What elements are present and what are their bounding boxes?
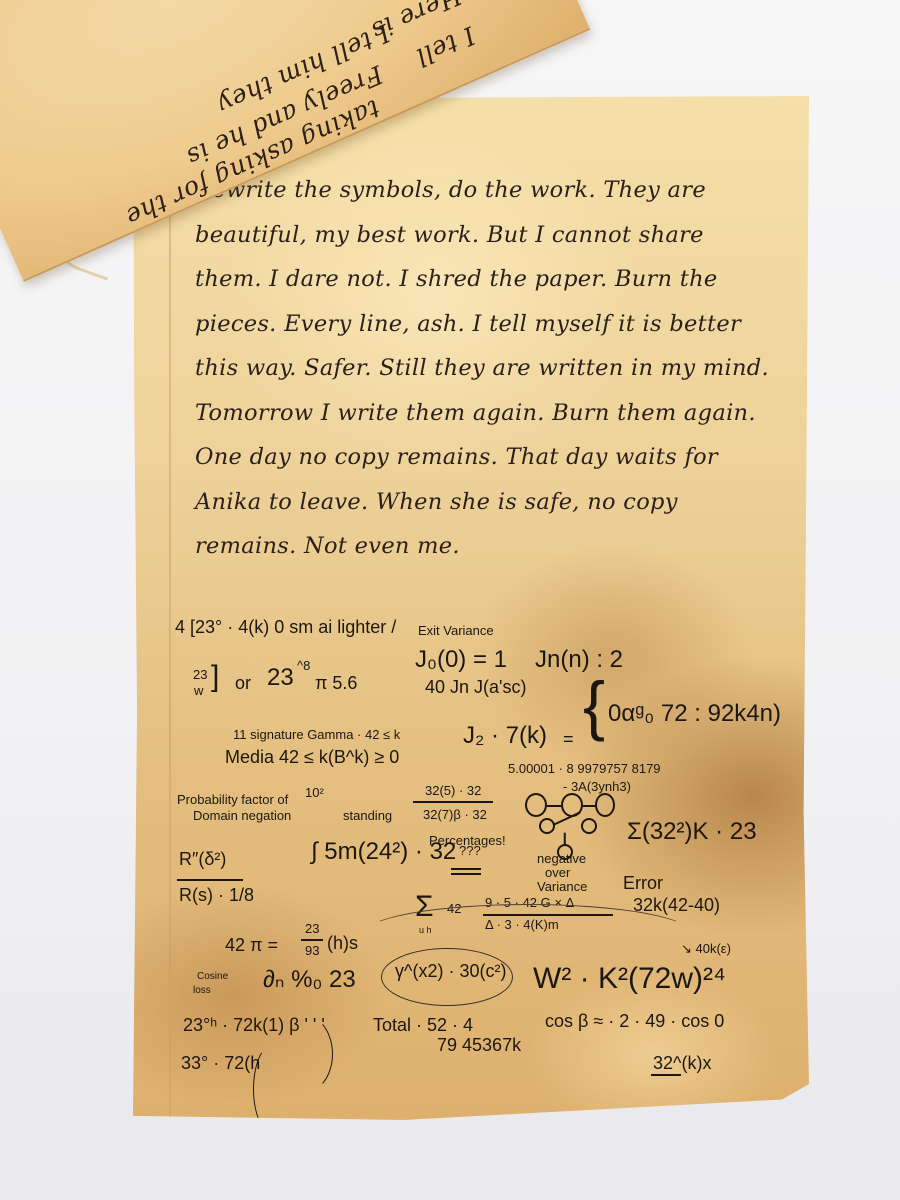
scribble-label: over: [545, 866, 570, 879]
letter-line: beautiful, my best work. But I cannot sh…: [195, 213, 755, 258]
scribble-equation: 11 signature Gamma · 42 ≤ k: [233, 728, 400, 741]
paper-crease: [169, 96, 171, 1120]
scribble-label: standing: [343, 809, 392, 822]
scribble-label: Probability factor of: [177, 793, 288, 806]
scribble-integral: ∫ 5m(24²) · 32: [311, 840, 456, 864]
scribble-fraction-top: 23: [305, 922, 319, 935]
scribble-brace: {: [583, 672, 605, 738]
diagram-node: [595, 793, 615, 817]
scribble-label: 10²: [305, 786, 324, 799]
scribble-fraction-bottom: R(s) · 1/8: [179, 886, 254, 904]
scribble-fraction-bottom: w: [194, 684, 203, 697]
scribble-equation: W² · K²(72w)²⁴: [533, 964, 726, 994]
scribble-tail: π 5.6: [315, 674, 357, 692]
scribble-equation: 32k(42-40): [633, 896, 720, 914]
underline: [451, 873, 481, 875]
diagram-node: [561, 793, 583, 817]
scribble-fraction-bottom: 93: [305, 944, 319, 957]
diagram-node: [581, 818, 597, 834]
scribble-sum: Σ(32²)K · 23: [627, 820, 757, 844]
letter-line: Tomorrow I write them again. Burn them a…: [195, 391, 755, 436]
folded-line: I tell: [411, 21, 479, 73]
scribble-label: negative: [537, 852, 586, 865]
fraction-bar: [177, 879, 243, 881]
diagram-edge: [564, 833, 566, 845]
scribble-or: or: [235, 674, 251, 692]
fraction-bar: [301, 939, 323, 941]
scribble-label: Error: [623, 874, 663, 892]
scribble-expr: 23: [267, 666, 294, 690]
diagram-node: [539, 818, 555, 834]
scribble-circled-equation: γ^(x2) · 30(c²): [395, 962, 506, 980]
scribble-fraction-top: 32(5) · 32: [425, 784, 481, 797]
scribble-equation: cos β ≈ · 2 · 49 · cos 0: [545, 1012, 724, 1030]
letter-line: Rewrite the symbols, do the work. They a…: [195, 168, 755, 213]
scribble-inequality: Media 42 ≤ k(B^k) ≥ 0: [225, 748, 399, 766]
scribble-fraction-bottom: 32(7)β · 32: [423, 808, 487, 821]
scribble-fraction-top: R″(δ²): [179, 850, 226, 868]
letter-line: One day no copy remains. That day waits …: [195, 435, 755, 480]
scribble-superscript: ^8: [297, 659, 310, 672]
underline: [451, 868, 481, 870]
scribble-label: Domain negation: [193, 809, 291, 822]
scribble-bracket: ]: [211, 662, 219, 692]
scribble-label: loss: [193, 986, 211, 996]
scribble-equation: 4 [23° · 4(k) 0 sm ai lighter /: [175, 618, 396, 636]
diagram-node: [525, 793, 547, 817]
scribble-arrow-note: ↘ 40k(ε): [681, 942, 731, 955]
scribble-equation: ∂ₙ %₀ 23: [263, 968, 356, 992]
connector-curve: [253, 1044, 293, 1134]
scribble-label: Exit Variance: [418, 624, 494, 637]
diagram-edge: [583, 805, 595, 807]
scribble-equation: J₀(0) = 1: [415, 648, 507, 672]
letter-line: remains. Not even me.: [195, 524, 755, 569]
letter-line: Anika to leave. When she is safe, no cop…: [195, 480, 755, 525]
scribble-piecewise: 0αᵍ₀ 72 : 92k4n): [608, 702, 781, 726]
diagram-edge: [547, 805, 561, 807]
letter-body: Rewrite the symbols, do the work. They a…: [195, 168, 755, 569]
aged-letter-page: Rewrite the symbols, do the work. They a…: [133, 96, 809, 1120]
scribble-equation: 40 Jn J(a'sc): [425, 678, 526, 696]
scribble-equation: 32^(k)x: [653, 1054, 711, 1072]
scribble-equals: =: [563, 730, 574, 748]
letter-line: them. I dare not. I shred the paper. Bur…: [195, 257, 755, 302]
underline: [651, 1074, 681, 1076]
scribble-label: - 3A(3ynh3): [563, 780, 631, 793]
letter-line: this way. Safer. Still they are written …: [195, 346, 755, 391]
scribble-number: 5.00001 · 8 9979757 8179: [508, 762, 661, 775]
scribble-equation: 33° · 72(h: [181, 1054, 260, 1072]
letter-line: pieces. Every line, ash. I tell myself i…: [195, 302, 755, 347]
scribble-label: Cosine: [197, 972, 228, 982]
scribble-label: Variance: [537, 880, 587, 893]
scribble-equation: (h)s: [327, 934, 358, 952]
scribble-equation: Jn(n) : 2: [535, 648, 623, 672]
scribble-question: ???: [459, 844, 481, 857]
scribble-equation: 42 π =: [225, 936, 278, 954]
scribble-fraction-top: 23: [193, 668, 207, 681]
scribble-total: Total · 52 · 4: [373, 1016, 473, 1034]
fraction-bar: [413, 801, 493, 803]
scribble-total-value: 79 45367k: [437, 1036, 521, 1054]
scribble-equation: J₂ · 7(k): [463, 724, 547, 748]
